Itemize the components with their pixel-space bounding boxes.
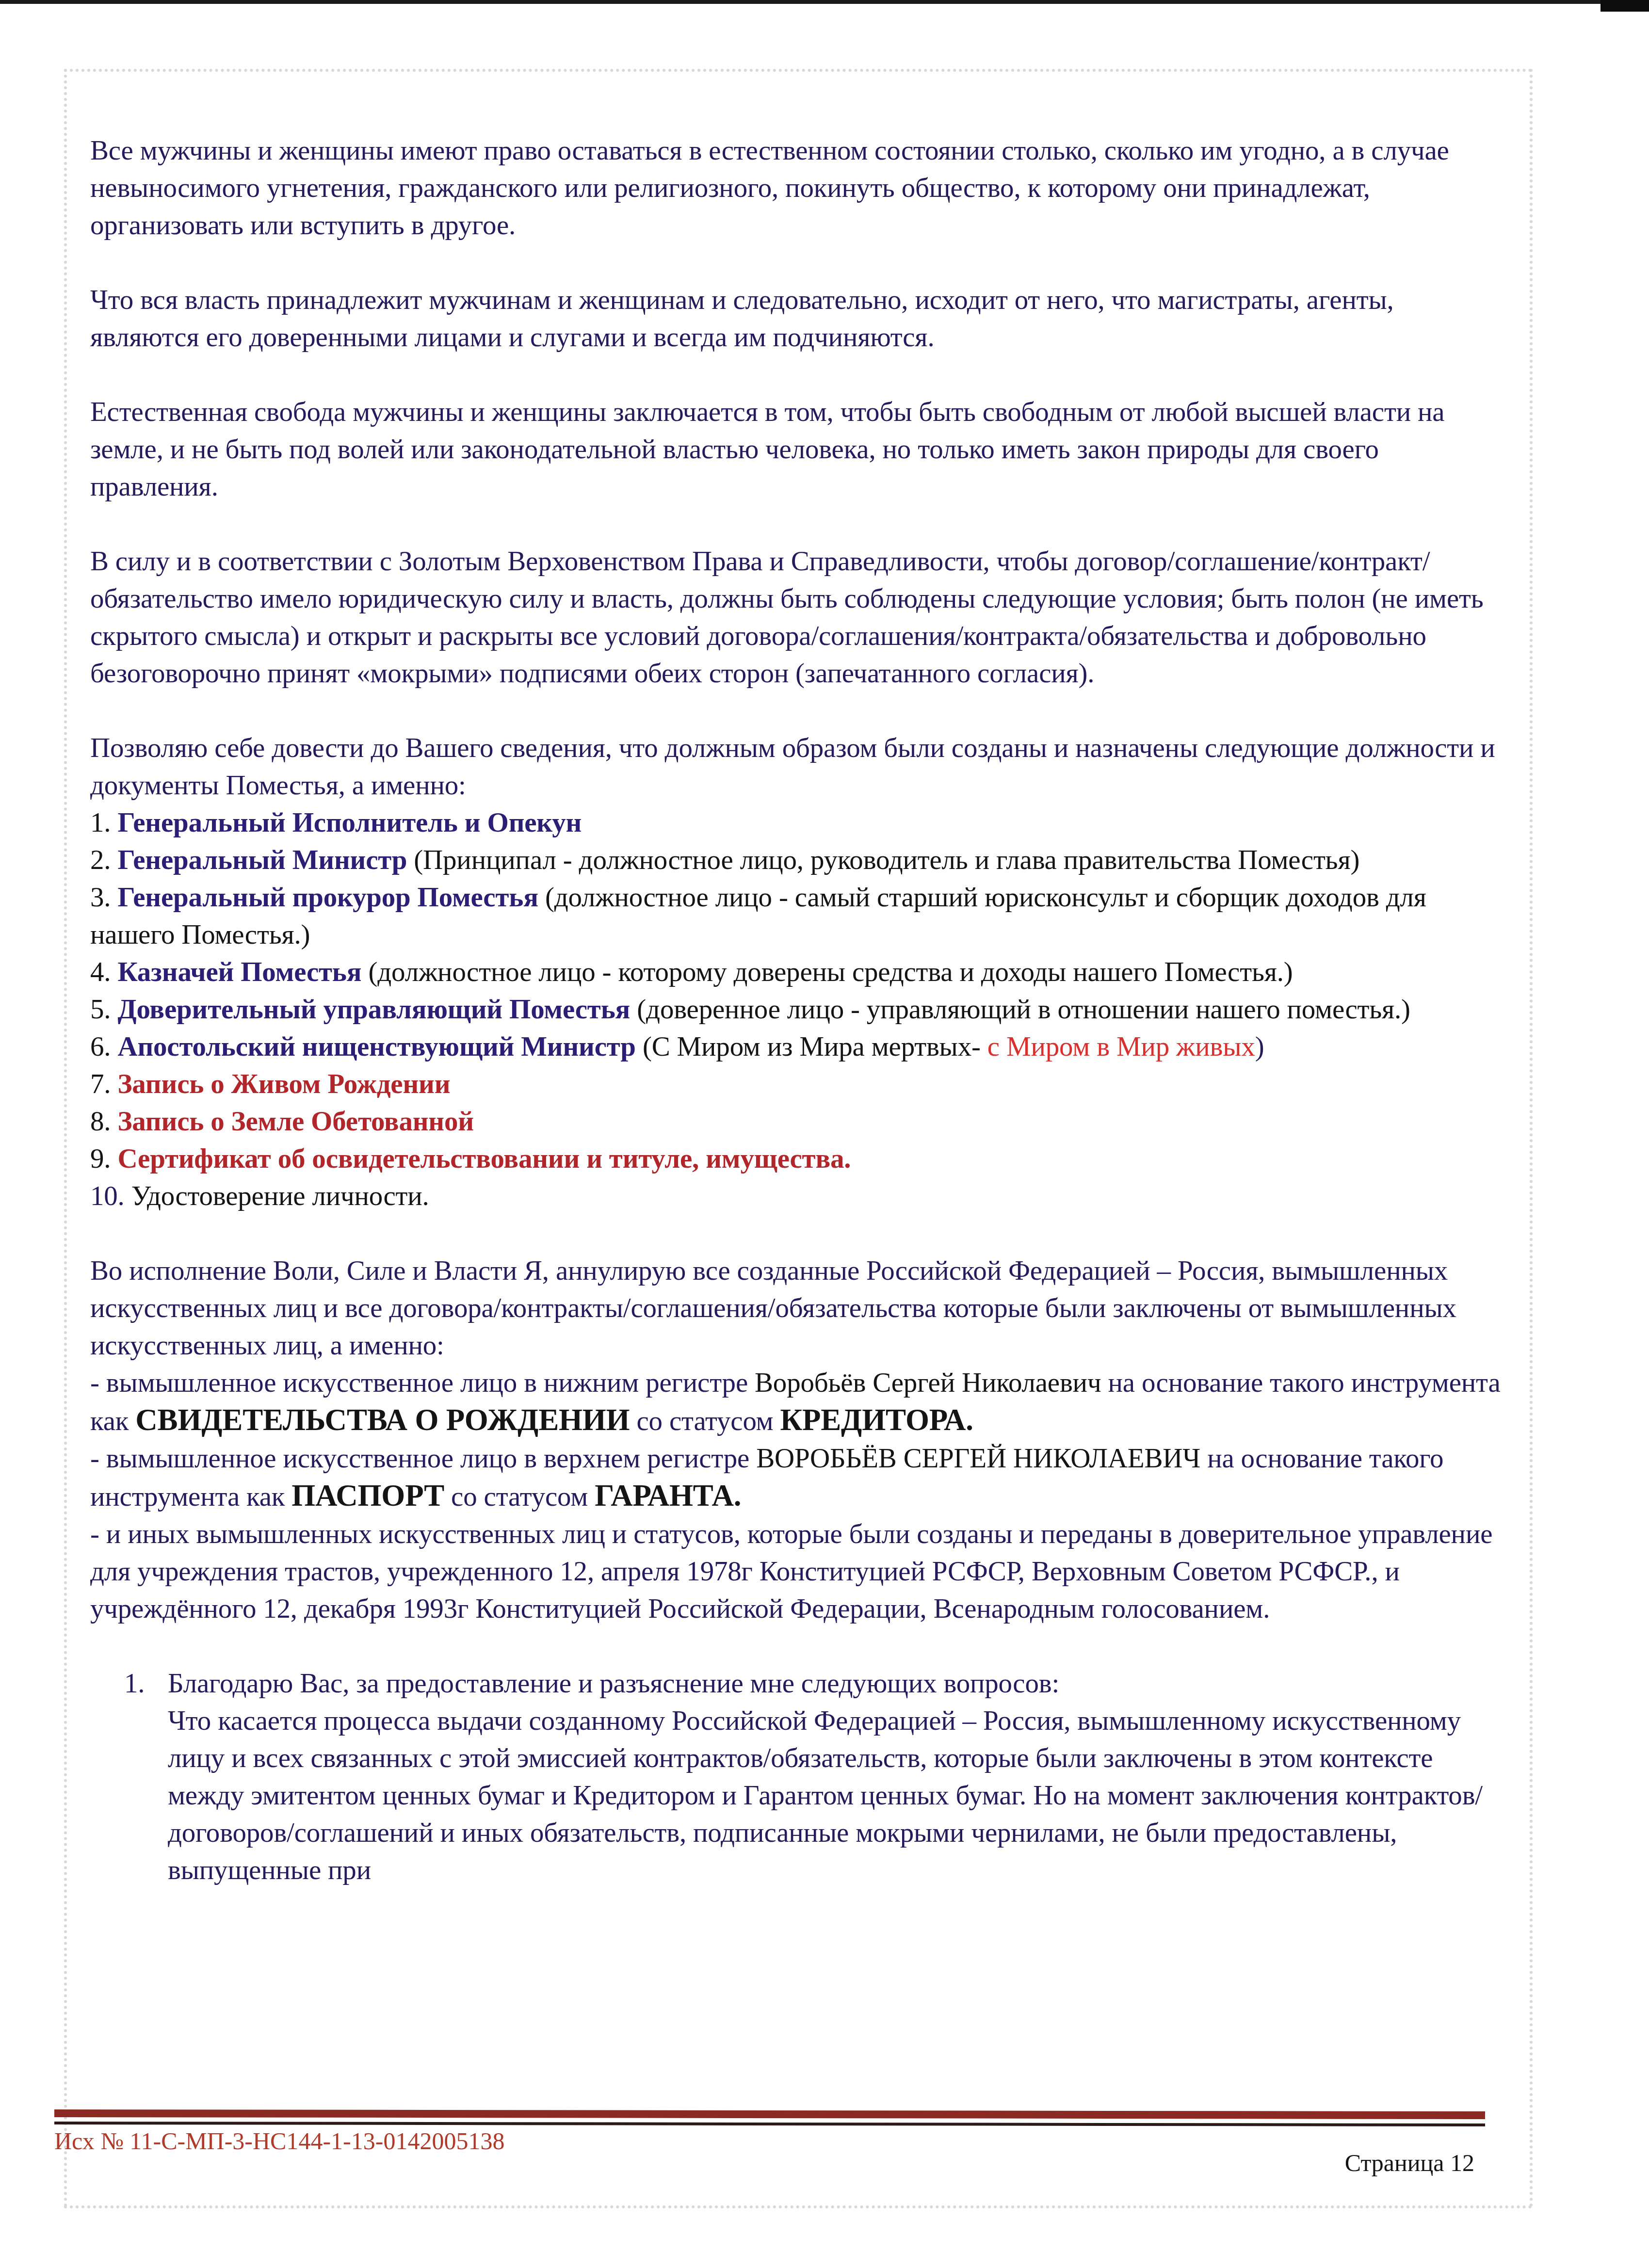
paragraph-contract-conditions: В силу и в соответствии с Золотым Верхов… <box>90 543 1506 692</box>
annulment-section: Во исполнение Воли, Силе и Власти Я, анн… <box>90 1252 1506 1627</box>
paragraph-power: Что вся власть принадлежит мужчинам и же… <box>90 281 1506 356</box>
annulment-item-other: - и иных вымышленных искусственных лиц и… <box>90 1515 1506 1627</box>
question-lead: Благодарю Вас, за предоставление и разъя… <box>168 1665 1506 1702</box>
position-item: 1. Генеральный Исполнитель и Опекун <box>90 804 1506 841</box>
document-body: Все мужчины и женщины имеют право остава… <box>90 132 1506 1889</box>
numbered-question-1: 1. Благодарю Вас, за предоставление и ра… <box>90 1665 1506 1889</box>
position-description: (должностное лицо - которому доверены ср… <box>361 957 1293 987</box>
document-number: 10. <box>90 1181 125 1211</box>
annulment-text: со статусом <box>630 1406 780 1436</box>
position-description: (доверенное лицо - управляющий в отношен… <box>630 994 1410 1025</box>
paragraph-liberty: Естественная свобода мужчины и женщины з… <box>90 393 1506 505</box>
position-description-close: ) <box>1255 1031 1264 1062</box>
document-title: Запись о Земле Обетованной <box>117 1106 474 1137</box>
position-number: 6. <box>90 1031 111 1062</box>
outgoing-reference-number: Исх № 11-С-МП-3-НС144-1-13-0142005138 <box>54 2126 504 2155</box>
annulment-text: - вымышленное искусственное лицо в нижни… <box>90 1367 755 1398</box>
scan-edge-top <box>0 0 1649 4</box>
document-number: 7. <box>90 1069 111 1099</box>
position-item: 2. Генеральный Министр (Принципал - долж… <box>90 841 1506 879</box>
document-title: Запись о Живом Рождении <box>117 1069 450 1099</box>
document-number: 8. <box>90 1106 111 1137</box>
positions-intro: Позволяю себе довести до Вашего сведения… <box>90 729 1506 804</box>
instrument-birth-certificate: СВИДЕТЕЛЬСТВА О РОЖДЕНИИ <box>135 1403 630 1437</box>
paragraph-natural-state: Все мужчины и женщины имеют право остава… <box>90 132 1506 244</box>
position-number: 3. <box>90 882 111 913</box>
scan-edge-corner <box>1600 0 1649 12</box>
position-item: 6. Апостольский нищенствующий Министр (С… <box>90 1028 1506 1065</box>
annulment-text: со статусом <box>444 1481 595 1512</box>
position-description: (Принципал - должностное лицо, руководит… <box>407 845 1359 875</box>
page-number: Страница 12 <box>1345 2148 1474 2177</box>
question-body: Что касается процесса выдачи созданному … <box>168 1702 1506 1889</box>
position-title: Доверительный управляющий Поместья <box>117 994 630 1025</box>
position-title: Казначей Поместья <box>117 957 361 987</box>
document-item: 7. Запись о Живом Рождении <box>90 1065 1506 1103</box>
annulment-intro: Во исполнение Воли, Силе и Власти Я, анн… <box>90 1252 1506 1364</box>
position-number: 4. <box>90 957 111 987</box>
annulment-text: - вымышленное искусственное лицо в верхн… <box>90 1443 756 1474</box>
annulment-item-passport: - вымышленное искусственное лицо в верхн… <box>90 1440 1506 1515</box>
document-item: 9. Сертификат об освидетельствовании и т… <box>90 1140 1506 1177</box>
position-number: 1. <box>90 807 111 838</box>
status-guarantor: ГАРАНТА. <box>595 1479 741 1512</box>
position-number: 5. <box>90 994 111 1025</box>
position-number: 2. <box>90 845 111 875</box>
position-description: (С Миром из Мира мертвых- <box>636 1031 987 1062</box>
annulment-item-birth-certificate: - вымышленное искусственное лицо в нижни… <box>90 1364 1506 1440</box>
status-creditor: КРЕДИТОРА. <box>780 1403 973 1437</box>
position-item: 5. Доверительный управляющий Поместья (д… <box>90 991 1506 1028</box>
person-name-uppercase: ВОРОБЬЁВ СЕРГЕЙ НИКОЛАЕВИЧ <box>756 1443 1200 1474</box>
position-item: 3. Генеральный прокурор Поместья (должно… <box>90 879 1506 953</box>
document-number: 9. <box>90 1143 111 1174</box>
instrument-passport: ПАСПОРТ <box>291 1479 444 1512</box>
document-item: 8. Запись о Земле Обетованной <box>90 1103 1506 1140</box>
question-number: 1. <box>124 1665 145 1702</box>
position-title: Апостольский нищенствующий Министр <box>117 1031 635 1062</box>
positions-section: Позволяю себе довести до Вашего сведения… <box>90 729 1506 1215</box>
position-item: 4. Казначей Поместья (должностное лицо -… <box>90 953 1506 991</box>
person-name-lowercase: Воробьёв Сергей Николаевич <box>755 1367 1101 1398</box>
document-title: Сертификат об освидетельствовании и титу… <box>117 1143 851 1174</box>
position-title: Генеральный Министр <box>117 845 407 875</box>
position-description-highlight: с Миром в Мир живых <box>987 1031 1255 1062</box>
document-title: Удостоверение личности. <box>131 1181 429 1211</box>
position-title: Генеральный Исполнитель и Опекун <box>117 807 582 838</box>
position-title: Генеральный прокурор Поместья <box>117 882 538 913</box>
document-item: 10. Удостоверение личности. <box>90 1177 1506 1215</box>
